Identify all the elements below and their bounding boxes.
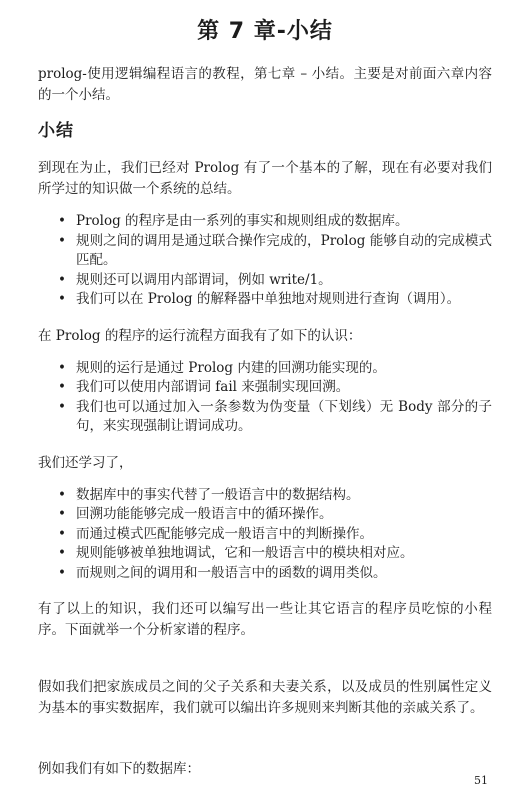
learned-paragraph: 我们还学习了，: [38, 453, 492, 474]
list-item: 数据库中的事实代替了一般语言中的数据结构。: [58, 486, 492, 506]
basics-list: Prolog 的程序是由一系列的事实和规则组成的数据库。 规则之间的调用是通过联…: [38, 212, 492, 310]
list-item: 我们可以在 Prolog 的解释器中单独地对规则进行查询（调用）。: [58, 290, 492, 310]
list-item: 规则的运行是通过 Prolog 内建的回溯功能实现的。: [58, 359, 492, 379]
list-item: 规则能够被单独地调试，它和一般语言中的模块相对应。: [58, 544, 492, 564]
list-item: 回溯功能能够完成一般语言中的循环操作。: [58, 505, 492, 525]
intro-paragraph: prolog-使用逻辑编程语言的教程，第七章 – 小结。主要是对前面六章内容的一…: [38, 64, 492, 106]
flow-list: 规则的运行是通过 Prolog 内建的回溯功能实现的。 我们可以使用内部谓词 f…: [38, 359, 492, 437]
page-number: 51: [474, 774, 488, 787]
list-item: 规则还可以调用内部谓词，例如 write/1。: [58, 271, 492, 291]
programs-paragraph: 有了以上的知识，我们还可以编写出一些让其它语言的程序员吃惊的小程序。下面就举一个…: [38, 599, 492, 641]
flow-paragraph: 在 Prolog 的程序的运行流程方面我有了如下的认识：: [38, 326, 492, 347]
document-page: 第 7 章-小结 prolog-使用逻辑编程语言的教程，第七章 – 小结。主要是…: [0, 0, 530, 800]
example-paragraph: 例如我们有如下的数据库：: [38, 759, 492, 780]
list-item: 我们也可以通过加入一条参数为伪变量（下划线）无 Body 部分的子句，来实现强制…: [58, 398, 492, 437]
list-item: 规则之间的调用是通过联合操作完成的，Prolog 能够自动的完成模式匹配。: [58, 232, 492, 271]
learned-list: 数据库中的事实代替了一般语言中的数据结构。 回溯功能能够完成一般语言中的循环操作…: [38, 486, 492, 584]
list-item: 我们可以使用内部谓词 fail 来强制实现回溯。: [58, 378, 492, 398]
overview-paragraph: 到现在为止，我们已经对 Prolog 有了一个基本的了解，现在有必要对我们所学过…: [38, 158, 492, 200]
list-item: Prolog 的程序是由一系列的事实和规则组成的数据库。: [58, 212, 492, 232]
list-item: 而规则之间的调用和一般语言中的函数的调用类似。: [58, 564, 492, 584]
chapter-title: 第 7 章-小结: [38, 18, 492, 45]
family-paragraph: 假如我们把家族成员之间的父子关系和夫妻关系，以及成员的性别属性定义为基本的事实数…: [38, 677, 492, 719]
list-item: 而通过模式匹配能够完成一般语言中的判断操作。: [58, 525, 492, 545]
section-heading: 小结: [38, 120, 492, 142]
